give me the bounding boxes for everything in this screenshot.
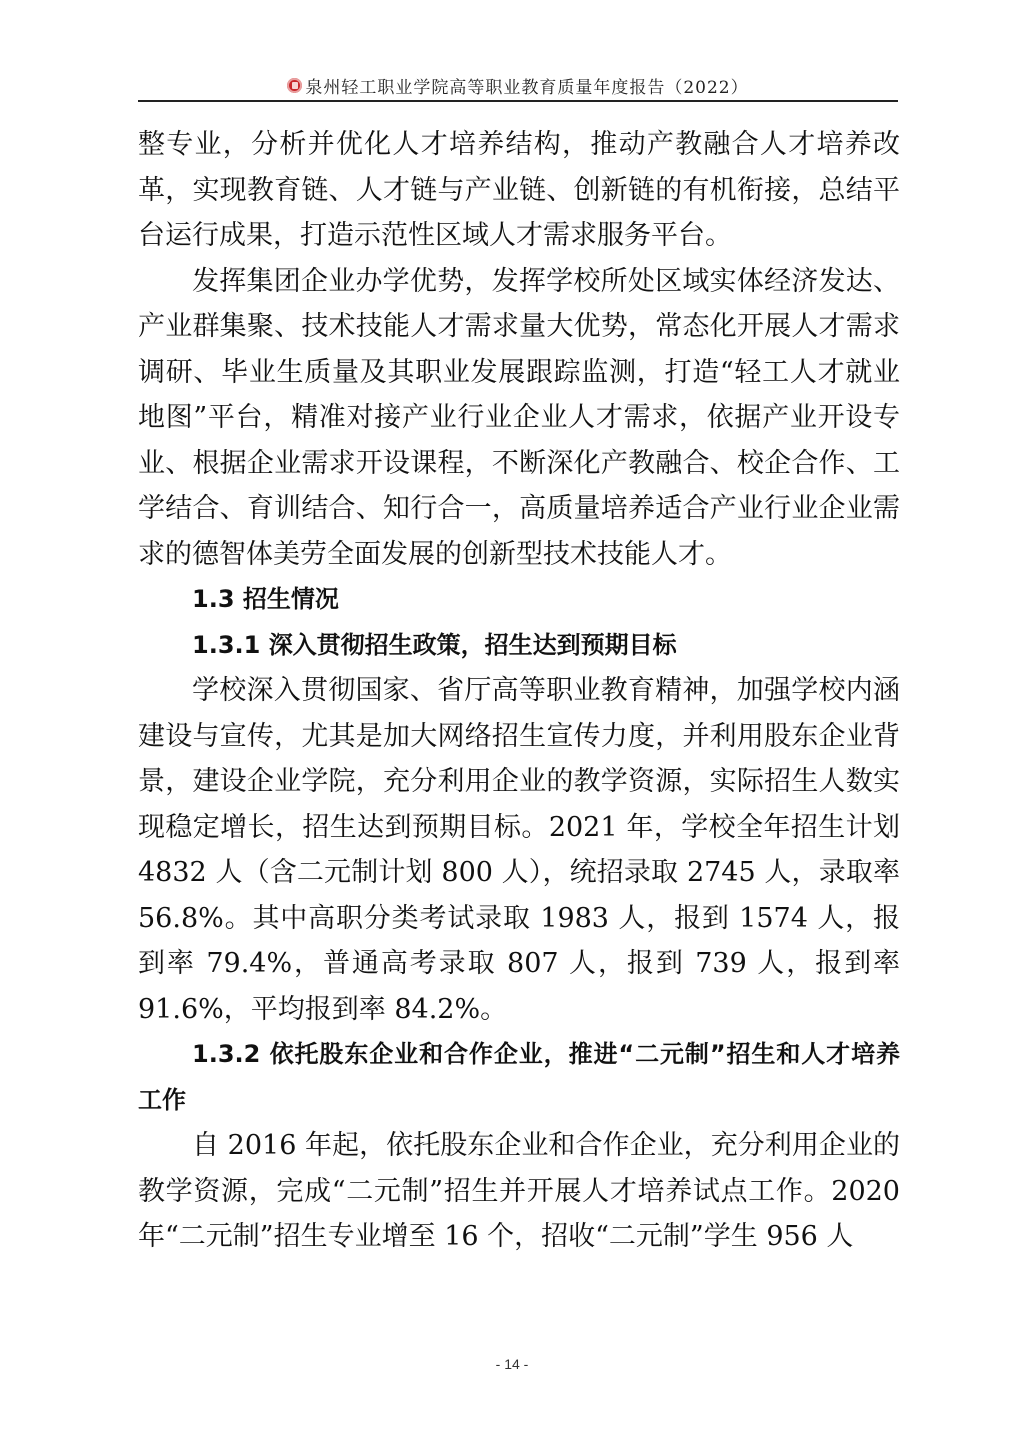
page-number: - 14 - [0,1356,1024,1372]
paragraph-group-advantage: 发挥集团企业办学优势，发挥学校所处区域实体经济发达、产业群集聚、技术技能人才需求… [138,259,900,578]
page-header: 泉州轻工职业学院高等职业教育质量年度报告（2022） [138,70,898,102]
paragraph-enrollment-stats: 学校深入贯彻国家、省厅高等职业教育精神，加强学校内涵建设与宣传，尤其是加大网络招… [138,668,900,1032]
paragraph-continuation: 整专业，分析并优化人才培养结构，推动产教融合人才培养改革，实现教育链、人才链与产… [138,122,900,259]
section-heading-1-3: 1.3 招生情况 [138,577,900,623]
section-heading-1-3-2: 1.3.2 依托股东企业和合作企业，推进“二元制”招生和人才培养工作 [138,1032,900,1123]
section-heading-1-3-1: 1.3.1 深入贯彻招生政策，招生达到预期目标 [138,623,900,669]
school-emblem-icon [287,78,302,93]
paragraph-dual-system: 自 2016 年起，依托股东企业和合作企业，充分利用企业的教学资源，完成“二元制… [138,1123,900,1260]
report-title: 泉州轻工职业学院高等职业教育质量年度报告（2022） [305,73,748,98]
document-body: 整专业，分析并优化人才培养结构，推动产教融合人才培养改革，实现教育链、人才链与产… [138,122,900,1260]
header-title-row: 泉州轻工职业学院高等职业教育质量年度报告（2022） [287,73,748,98]
